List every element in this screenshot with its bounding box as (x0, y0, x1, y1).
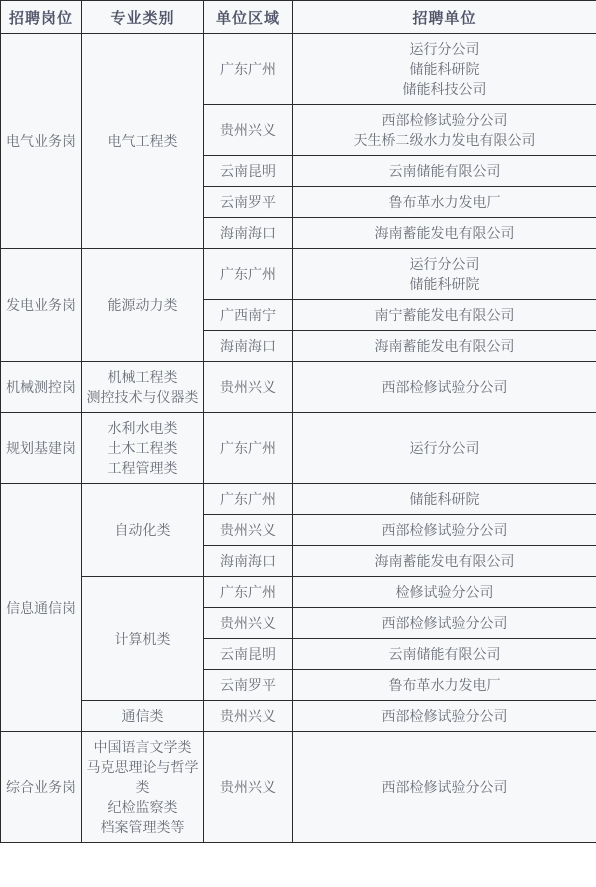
category-cell-line: 马克思理论与哲学类 (86, 757, 199, 797)
position-cell-line: 发电业务岗 (5, 295, 77, 315)
category-cell-line: 机械工程类 (86, 367, 199, 387)
region-cell: 贵州兴义 (204, 105, 293, 156)
category-cell-line: 测控技术与仪器类 (86, 387, 199, 407)
header-row: 招聘岗位 专业类别 单位区域 招聘单位 (1, 1, 596, 34)
unit-cell-line: 西部检修试验分公司 (297, 110, 592, 130)
unit-cell-line: 云南储能有限公司 (297, 161, 592, 181)
category-cell: 通信类 (82, 701, 204, 732)
region-cell-line: 云南罗平 (208, 192, 288, 212)
region-cell-line: 贵州兴义 (208, 120, 288, 140)
unit-cell: 海南蓄能发电有限公司 (293, 331, 596, 362)
region-cell: 海南海口 (204, 331, 293, 362)
recruitment-table: 招聘岗位 专业类别 单位区域 招聘单位 电气业务岗电气工程类广东广州运行分公司储… (0, 0, 596, 843)
unit-cell-line: 储能科研院 (297, 274, 592, 294)
unit-cell: 运行分公司 (293, 413, 596, 484)
unit-cell-line: 运行分公司 (297, 39, 592, 59)
unit-cell-line: 西部检修试验分公司 (297, 520, 592, 540)
unit-cell-line: 运行分公司 (297, 438, 592, 458)
category-cell-line: 计算机类 (86, 629, 199, 649)
category-cell-line: 通信类 (86, 706, 199, 726)
unit-cell-line: 西部检修试验分公司 (297, 706, 592, 726)
region-cell: 贵州兴义 (204, 608, 293, 639)
category-cell-line: 电气工程类 (86, 131, 199, 151)
unit-cell-line: 南宁蓄能发电有限公司 (297, 305, 592, 325)
unit-cell-line: 西部检修试验分公司 (297, 777, 592, 797)
recruitment-table-body: 电气业务岗电气工程类广东广州运行分公司储能科研院储能科技公司贵州兴义西部检修试验… (1, 34, 596, 843)
position-cell-line: 综合业务岗 (5, 777, 77, 797)
table-row: 规划基建岗水利水电类土木工程类工程管理类广东广州运行分公司 (1, 413, 596, 484)
unit-cell: 西部检修试验分公司 (293, 701, 596, 732)
unit-cell-line: 检修试验分公司 (297, 582, 592, 602)
table-row: 计算机类广东广州检修试验分公司 (1, 577, 596, 608)
region-cell-line: 广东广州 (208, 264, 288, 284)
category-cell: 计算机类 (82, 577, 204, 701)
category-cell-line: 自动化类 (86, 520, 199, 540)
region-cell: 贵州兴义 (204, 732, 293, 843)
region-cell: 云南昆明 (204, 639, 293, 670)
region-cell-line: 贵州兴义 (208, 377, 288, 397)
region-cell: 海南海口 (204, 546, 293, 577)
category-cell: 机械工程类测控技术与仪器类 (82, 362, 204, 413)
category-cell-line: 土木工程类 (86, 438, 199, 458)
category-cell-line: 水利水电类 (86, 418, 199, 438)
unit-cell-line: 储能科技公司 (297, 79, 592, 99)
region-cell-line: 广东广州 (208, 489, 288, 509)
region-cell-line: 贵州兴义 (208, 706, 288, 726)
region-cell-line: 海南海口 (208, 551, 288, 571)
region-cell: 贵州兴义 (204, 701, 293, 732)
position-cell: 综合业务岗 (1, 732, 82, 843)
table-row: 综合业务岗中国语言文学类马克思理论与哲学类纪检监察类档案管理类等贵州兴义西部检修… (1, 732, 596, 843)
table-row: 信息通信岗自动化类广东广州储能科研院 (1, 484, 596, 515)
region-cell-line: 广东广州 (208, 582, 288, 602)
unit-cell: 西部检修试验分公司 (293, 608, 596, 639)
unit-cell: 储能科研院 (293, 484, 596, 515)
region-cell: 广西南宁 (204, 300, 293, 331)
region-cell: 云南罗平 (204, 670, 293, 701)
unit-cell: 鲁布革水力发电厂 (293, 187, 596, 218)
region-cell: 海南海口 (204, 218, 293, 249)
unit-cell: 西部检修试验分公司 (293, 362, 596, 413)
category-cell-line: 纪检监察类 (86, 797, 199, 817)
region-cell-line: 广东广州 (208, 438, 288, 458)
category-cell: 电气工程类 (82, 34, 204, 249)
unit-cell: 检修试验分公司 (293, 577, 596, 608)
table-row: 发电业务岗能源动力类广东广州运行分公司储能科研院 (1, 249, 596, 300)
unit-cell: 西部检修试验分公司 (293, 515, 596, 546)
unit-cell-line: 海南蓄能发电有限公司 (297, 336, 592, 356)
region-cell: 云南昆明 (204, 156, 293, 187)
unit-cell-line: 储能科研院 (297, 489, 592, 509)
region-cell: 贵州兴义 (204, 362, 293, 413)
unit-cell: 海南蓄能发电有限公司 (293, 218, 596, 249)
column-header-region: 单位区域 (204, 1, 293, 34)
region-cell-line: 贵州兴义 (208, 777, 288, 797)
unit-cell: 海南蓄能发电有限公司 (293, 546, 596, 577)
position-cell: 电气业务岗 (1, 34, 82, 249)
unit-cell-line: 云南储能有限公司 (297, 644, 592, 664)
unit-cell-line: 鲁布革水力发电厂 (297, 675, 592, 695)
column-header-unit: 招聘单位 (293, 1, 596, 34)
unit-cell-line: 运行分公司 (297, 254, 592, 274)
position-cell: 机械测控岗 (1, 362, 82, 413)
position-cell: 发电业务岗 (1, 249, 82, 362)
unit-cell: 鲁布革水力发电厂 (293, 670, 596, 701)
region-cell-line: 云南昆明 (208, 644, 288, 664)
table-row: 通信类贵州兴义西部检修试验分公司 (1, 701, 596, 732)
region-cell-line: 广东广州 (208, 59, 288, 79)
region-cell: 广东广州 (204, 577, 293, 608)
unit-cell-line: 天生桥二级水力发电有限公司 (297, 130, 592, 150)
unit-cell: 运行分公司储能科研院 (293, 249, 596, 300)
recruitment-table-header: 招聘岗位 专业类别 单位区域 招聘单位 (1, 1, 596, 34)
position-cell-line: 规划基建岗 (5, 438, 77, 458)
unit-cell-line: 海南蓄能发电有限公司 (297, 551, 592, 571)
unit-cell: 云南储能有限公司 (293, 639, 596, 670)
region-cell: 贵州兴义 (204, 515, 293, 546)
region-cell-line: 海南海口 (208, 336, 288, 356)
unit-cell: 西部检修试验分公司天生桥二级水力发电有限公司 (293, 105, 596, 156)
unit-cell-line: 西部检修试验分公司 (297, 613, 592, 633)
unit-cell-line: 西部检修试验分公司 (297, 377, 592, 397)
column-header-category: 专业类别 (82, 1, 204, 34)
category-cell: 能源动力类 (82, 249, 204, 362)
position-cell: 规划基建岗 (1, 413, 82, 484)
region-cell-line: 贵州兴义 (208, 613, 288, 633)
table-row: 电气业务岗电气工程类广东广州运行分公司储能科研院储能科技公司 (1, 34, 596, 105)
category-cell: 水利水电类土木工程类工程管理类 (82, 413, 204, 484)
category-cell-line: 工程管理类 (86, 458, 199, 478)
region-cell: 广东广州 (204, 413, 293, 484)
position-cell-line: 信息通信岗 (5, 598, 77, 618)
unit-cell: 运行分公司储能科研院储能科技公司 (293, 34, 596, 105)
category-cell: 中国语言文学类马克思理论与哲学类纪检监察类档案管理类等 (82, 732, 204, 843)
position-cell: 信息通信岗 (1, 484, 82, 732)
category-cell-line: 中国语言文学类 (86, 737, 199, 757)
category-cell: 自动化类 (82, 484, 204, 577)
position-cell-line: 机械测控岗 (5, 377, 77, 397)
position-cell-line: 电气业务岗 (5, 131, 77, 151)
region-cell-line: 广西南宁 (208, 305, 288, 325)
unit-cell-line: 鲁布革水力发电厂 (297, 192, 592, 212)
unit-cell-line: 海南蓄能发电有限公司 (297, 223, 592, 243)
region-cell-line: 海南海口 (208, 223, 288, 243)
unit-cell: 西部检修试验分公司 (293, 732, 596, 843)
region-cell-line: 贵州兴义 (208, 520, 288, 540)
category-cell-line: 档案管理类等 (86, 817, 199, 837)
region-cell: 广东广州 (204, 484, 293, 515)
table-row: 机械测控岗机械工程类测控技术与仪器类贵州兴义西部检修试验分公司 (1, 362, 596, 413)
region-cell-line: 云南罗平 (208, 675, 288, 695)
region-cell: 广东广州 (204, 34, 293, 105)
region-cell: 云南罗平 (204, 187, 293, 218)
unit-cell: 云南储能有限公司 (293, 156, 596, 187)
unit-cell: 南宁蓄能发电有限公司 (293, 300, 596, 331)
category-cell-line: 能源动力类 (86, 295, 199, 315)
unit-cell-line: 储能科研院 (297, 59, 592, 79)
column-header-position: 招聘岗位 (1, 1, 82, 34)
region-cell: 广东广州 (204, 249, 293, 300)
region-cell-line: 云南昆明 (208, 161, 288, 181)
